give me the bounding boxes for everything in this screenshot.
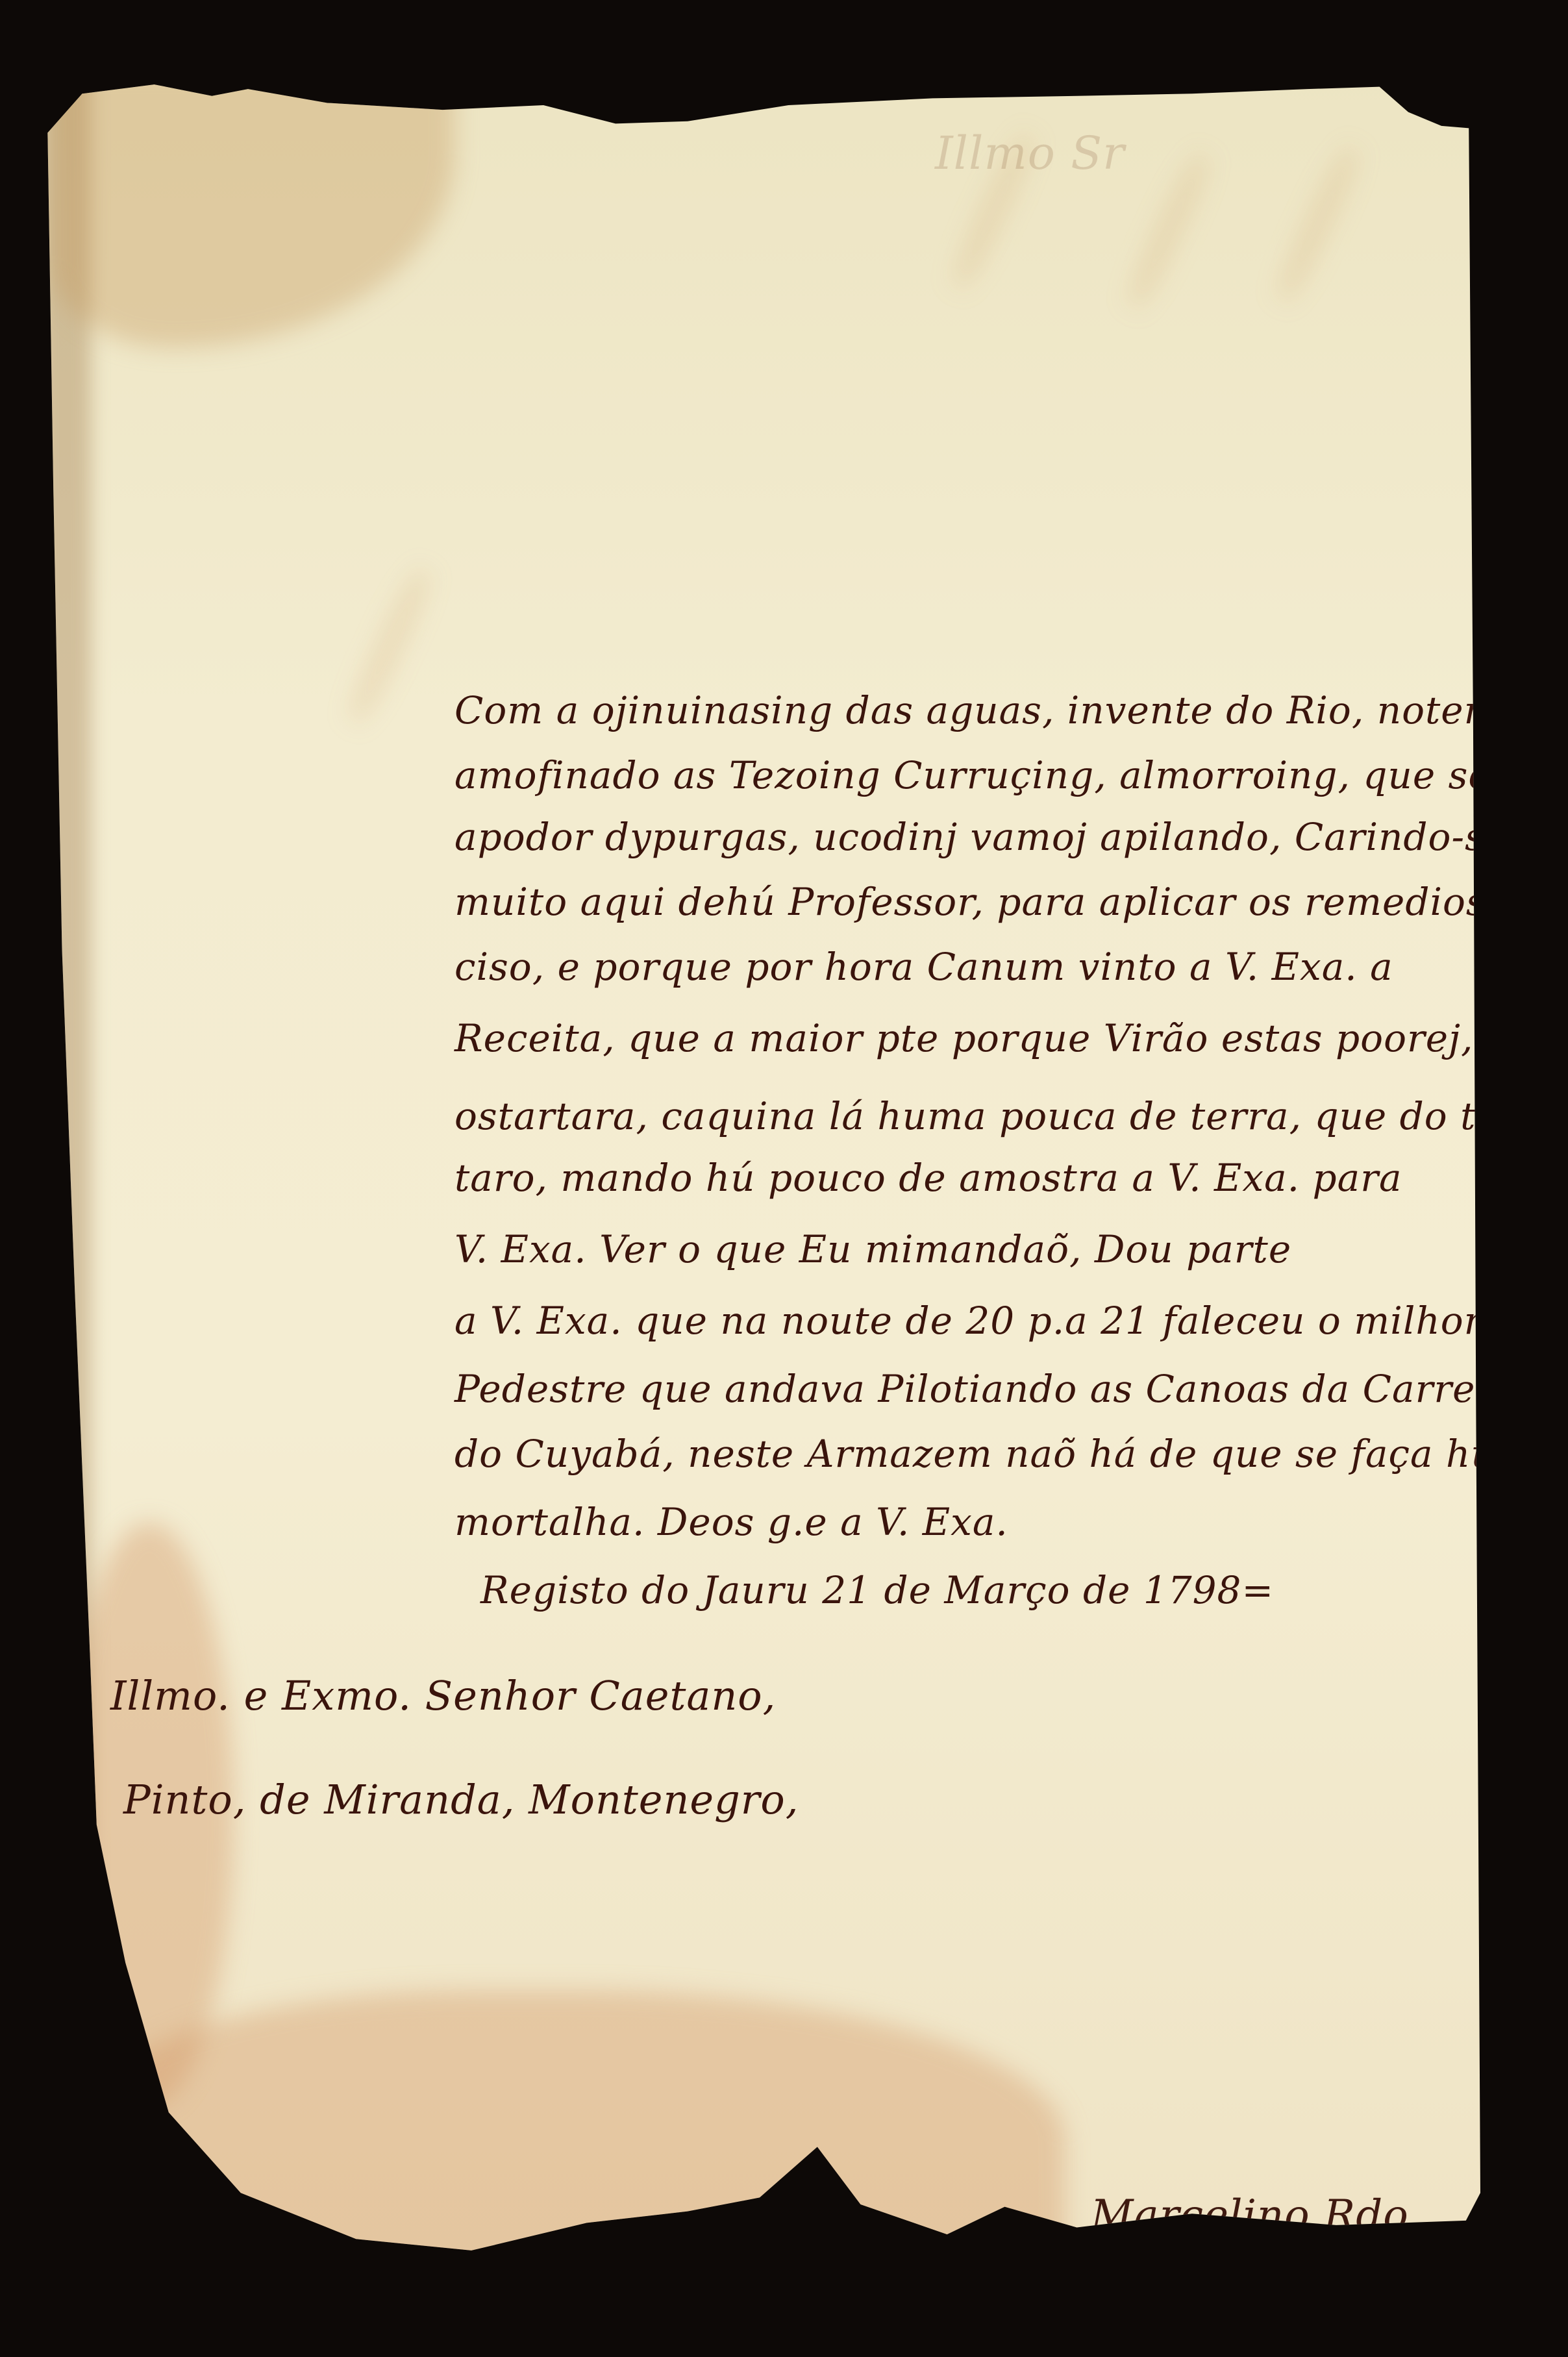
stain-streak <box>342 564 437 729</box>
faint-bleed-through-text: Illmo Sr <box>935 127 1125 180</box>
signature: Marcelino Rdo. <box>1091 2191 1422 2239</box>
body-line: V. Exa. Ver o que Eu mimandaõ, Dou parte <box>454 1227 1291 1271</box>
body-line: ostartara, caquina lá huma pouca de terr… <box>454 1094 1531 1138</box>
address-line: Illmo. e Exmo. Senhor Caetano, <box>110 1672 776 1719</box>
body-line: muito aqui dehú Professor, para aplicar … <box>454 880 1565 924</box>
water-stain-bottom <box>91 1990 1065 2289</box>
body-line: Com a ojinuinasing das aguas, invente do… <box>454 688 1500 732</box>
stain-streak <box>1271 142 1365 306</box>
body-line: taro, mando hú pouco de amostra a V. Exa… <box>454 1156 1402 1200</box>
body-line: Pedestre que andava Pilotiando as Canoas… <box>454 1367 1530 1411</box>
body-line: Receita, que a maior pte porque Virão es… <box>454 1016 1473 1060</box>
body-line: amofinado as Tezoing Curruçing, almorroi… <box>454 753 1491 797</box>
water-stain-top <box>52 68 454 347</box>
manuscript-page: Illmo Sr Com a ojinuinasing das aguas, i… <box>39 29 1480 2331</box>
body-line: apodor dypurgas, ucodinj vamoj apilando,… <box>454 815 1508 859</box>
address-line: Pinto, de Miranda, Montenegro, <box>123 1776 799 1823</box>
dateline: Registo do Jauru 21 de Março de 1798= <box>480 1568 1274 1612</box>
body-line: do Cuyabá, neste Armazem naõ há de que s… <box>454 1432 1519 1476</box>
body-line-closing: mortalha. Deos g.e a V. Exa. <box>454 1500 1008 1544</box>
body-line: ciso, e porque por hora Canum vinto a V.… <box>454 945 1393 989</box>
edge-discoloration <box>39 29 91 2331</box>
body-line: a V. Exa. que na noute de 20 p.a 21 fale… <box>454 1299 1482 1343</box>
stain-streak <box>1121 149 1216 313</box>
